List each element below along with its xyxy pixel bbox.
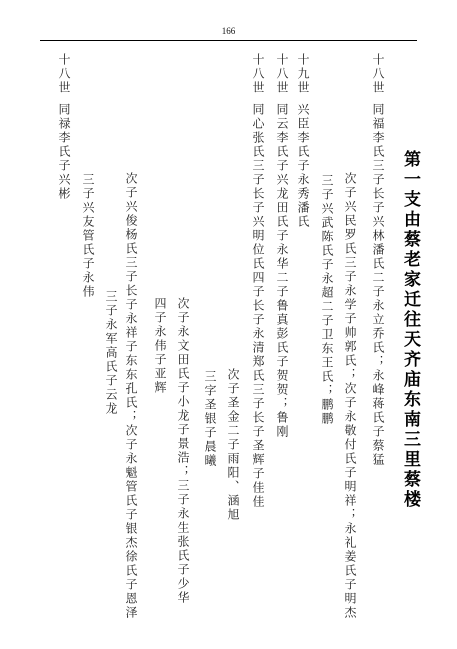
generation-label: 十八世	[57, 53, 71, 95]
genealogy-column-6: 十八世同心张氏三子长子兴明位氏四子长子永清郑氏三子长子圣辉子佳佳	[251, 53, 265, 509]
column-text: 同福李氏三子长子兴林潘氏二子永立乔氏；永峰蒋氏子蔡猛	[371, 103, 385, 467]
genealogy-column-10: 四子永伟子亚辉	[153, 297, 167, 395]
genealogy-column-13: 三子兴友管氏子永伟	[81, 173, 95, 299]
genealogy-column-9: 次子永文田氏子小龙子景浩；三子永生张氏子少华	[176, 297, 190, 605]
column-text: 同禄李氏子兴彬	[57, 103, 71, 201]
genealogy-column-7: 次子圣金二子雨阳、涵旭	[226, 368, 240, 522]
genealogy-column-12: 三子永军高氏子云龙	[104, 290, 118, 416]
genealogy-column-5: 十八世同云李氏子兴龙田氏子永华二子鲁真彭氏子贺贺；鲁刚	[275, 53, 289, 439]
genealogy-column-14: 十八世同禄李氏子兴彬	[57, 53, 71, 201]
genealogy-column-1: 十八世同福李氏三子长子兴林潘氏二子永立乔氏；永峰蒋氏子蔡猛	[371, 53, 385, 467]
generation-label: 十八世	[275, 53, 289, 95]
generation-label: 十八世	[251, 53, 265, 95]
column-text: 四子永伟子亚辉	[153, 297, 167, 395]
column-text: 同云李氏子兴龙田氏子永华二子鲁真彭氏子贺贺；鲁刚	[275, 103, 289, 439]
genealogy-column-4: 十九世兴臣李氏子永秀潘氏	[296, 53, 310, 229]
column-text: 三子兴友管氏子永伟	[81, 173, 95, 299]
column-text: 次子永文田氏子小龙子景浩；三子永生张氏子少华	[176, 297, 190, 605]
genealogy-column-11: 次子兴俊杨氏三子长子永祥子东东孔氏；次子永魁管氏子银杰徐氏子恩泽	[124, 172, 138, 620]
column-text: 三子兴武陈氏子永超二子卫东王氏；鹏鹏	[320, 174, 334, 426]
column-text: 三子永军高氏子云龙	[104, 290, 118, 416]
genealogy-column-2: 次子兴民罗氏三子永学子帅郭氏；次子永敬付氏子明祥；永礼姜氏子明杰	[343, 172, 357, 620]
document-page: 166 第一支由蔡老家迁往天齐庙东南三里蔡楼 十八世同福李氏三子长子兴林潘氏二子…	[0, 0, 457, 649]
column-text: 三字圣银子晨曦	[203, 370, 217, 468]
column-text: 次子兴俊杨氏三子长子永祥子东东孔氏；次子永魁管氏子银杰徐氏子恩泽	[124, 172, 138, 620]
column-text: 次子兴民罗氏三子永学子帅郭氏；次子永敬付氏子明祥；永礼姜氏子明杰	[343, 172, 357, 620]
generation-label: 十八世	[371, 53, 385, 95]
genealogy-column-3: 三子兴武陈氏子永超二子卫东王氏；鹏鹏	[320, 174, 334, 426]
column-text: 次子圣金二子雨阳、涵旭	[226, 368, 240, 522]
header-rule	[40, 40, 417, 41]
page-number: 166	[0, 26, 457, 36]
column-text: 同心张氏三子长子兴明位氏四子长子永清郑氏三子长子圣辉子佳佳	[251, 103, 265, 509]
generation-label: 十九世	[296, 53, 310, 95]
column-text: 兴臣李氏子永秀潘氏	[296, 103, 310, 229]
genealogy-column-8: 三字圣银子晨曦	[203, 370, 217, 468]
section-title: 第一支由蔡老家迁往天齐庙东南三里蔡楼	[398, 150, 423, 510]
